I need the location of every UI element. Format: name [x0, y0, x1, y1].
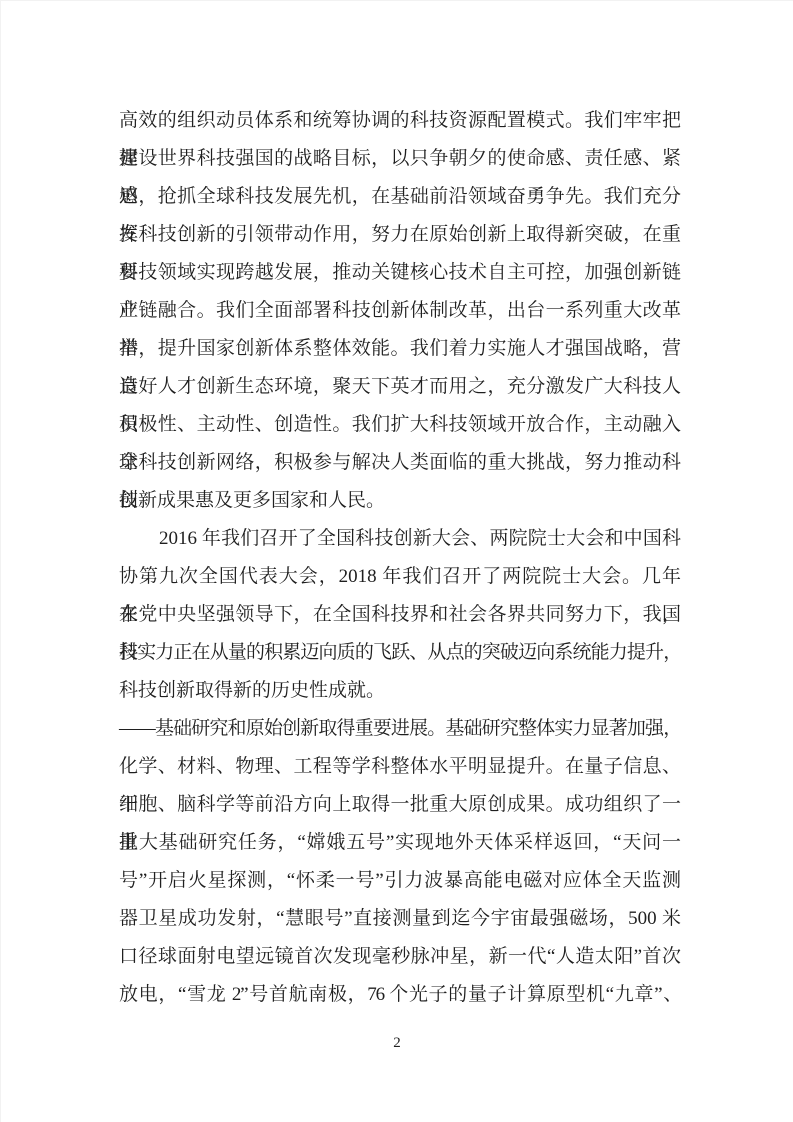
text-line: 在党中央坚强领导下，在全国科技界和社会各界共同努力下，我国科 [119, 596, 681, 634]
text-line: ——基础研究和原始创新取得重要进展。基础研究整体实力显著加强， [119, 710, 681, 748]
paragraph: ——基础研究和原始创新取得重要进展。基础研究整体实力显著加强， 化学、材料、物理… [119, 710, 681, 1014]
text-line: 感，抢抓全球科技发展先机，在基础前沿领域奋勇争先。我们充分发 [119, 178, 681, 216]
text-line: 球科技创新网络，积极参与解决人类面临的重大挑战，努力推动科技 [119, 444, 681, 482]
text-line: 挥科技创新的引领带动作用，努力在原始创新上取得新突破，在重要 [119, 216, 681, 254]
text-line: 业链融合。我们全面部署科技创新体制改革，出台一系列重大改革举 [119, 292, 681, 330]
document-body: 高效的组织动员体系和统筹协调的科技资源配置模式。我们牢牢把握 建设世界科技强国的… [119, 102, 681, 1014]
text-line: 科技领域实现跨越发展，推动关键核心技术自主可控，加强创新链产 [119, 254, 681, 292]
text-line: 重大基础研究任务，“嫦娥五号”实现地外天体采样返回，“天问一 [119, 824, 681, 862]
text-line: 2016 年我们召开了全国科技创新大会、两院院士大会和中国科 [119, 520, 681, 558]
text-line: 器卫星成功发射，“慧眼号”直接测量到迄今宇宙最强磁场，500 米 [119, 900, 681, 938]
text-line: 高效的组织动员体系和统筹协调的科技资源配置模式。我们牢牢把握 [119, 102, 681, 140]
text-line: 号”开启火星探测，“怀柔一号”引力波暴高能电磁对应体全天监测 [119, 862, 681, 900]
page-footer: 2 [1, 1035, 793, 1052]
text-line: 积极性、主动性、创造性。我们扩大科技领域开放合作，主动融入全 [119, 406, 681, 444]
paragraph: 2016 年我们召开了全国科技创新大会、两院院士大会和中国科 协第九次全国代表大… [119, 520, 681, 710]
text-line: 协第九次全国代表大会，2018 年我们召开了两院院士大会。几年来， [119, 558, 681, 596]
text-line: 措，提升国家创新体系整体效能。我们着力实施人才强国战略，营造 [119, 330, 681, 368]
text-line: 化学、材料、物理、工程等学科整体水平明显提升。在量子信息、干 [119, 748, 681, 786]
text-line: 建设世界科技强国的战略目标，以只争朝夕的使命感、责任感、紧迫 [119, 140, 681, 178]
text-line: 创新成果惠及更多国家和人民。 [119, 482, 681, 520]
text-line: 放电，“雪龙 2”号首航南极，76 个光子的量子计算原型机“九章”、 [119, 976, 681, 1014]
text-line: 良好人才创新生态环境，聚天下英才而用之，充分激发广大科技人员 [119, 368, 681, 406]
text-line: 科技创新取得新的历史性成就。 [119, 672, 681, 710]
text-line: 细胞、脑科学等前沿方向上取得一批重大原创成果。成功组织了一批 [119, 786, 681, 824]
document-page: 高效的组织动员体系和统筹协调的科技资源配置模式。我们牢牢把握 建设世界科技强国的… [0, 0, 793, 1122]
page-number: 2 [393, 1035, 401, 1051]
text-line: 技实力正在从量的积累迈向质的飞跃、从点的突破迈向系统能力提升， [119, 634, 681, 672]
paragraph: 高效的组织动员体系和统筹协调的科技资源配置模式。我们牢牢把握 建设世界科技强国的… [119, 102, 681, 520]
text-line: 口径球面射电望远镜首次发现毫秒脉冲星，新一代“人造太阳”首次 [119, 938, 681, 976]
